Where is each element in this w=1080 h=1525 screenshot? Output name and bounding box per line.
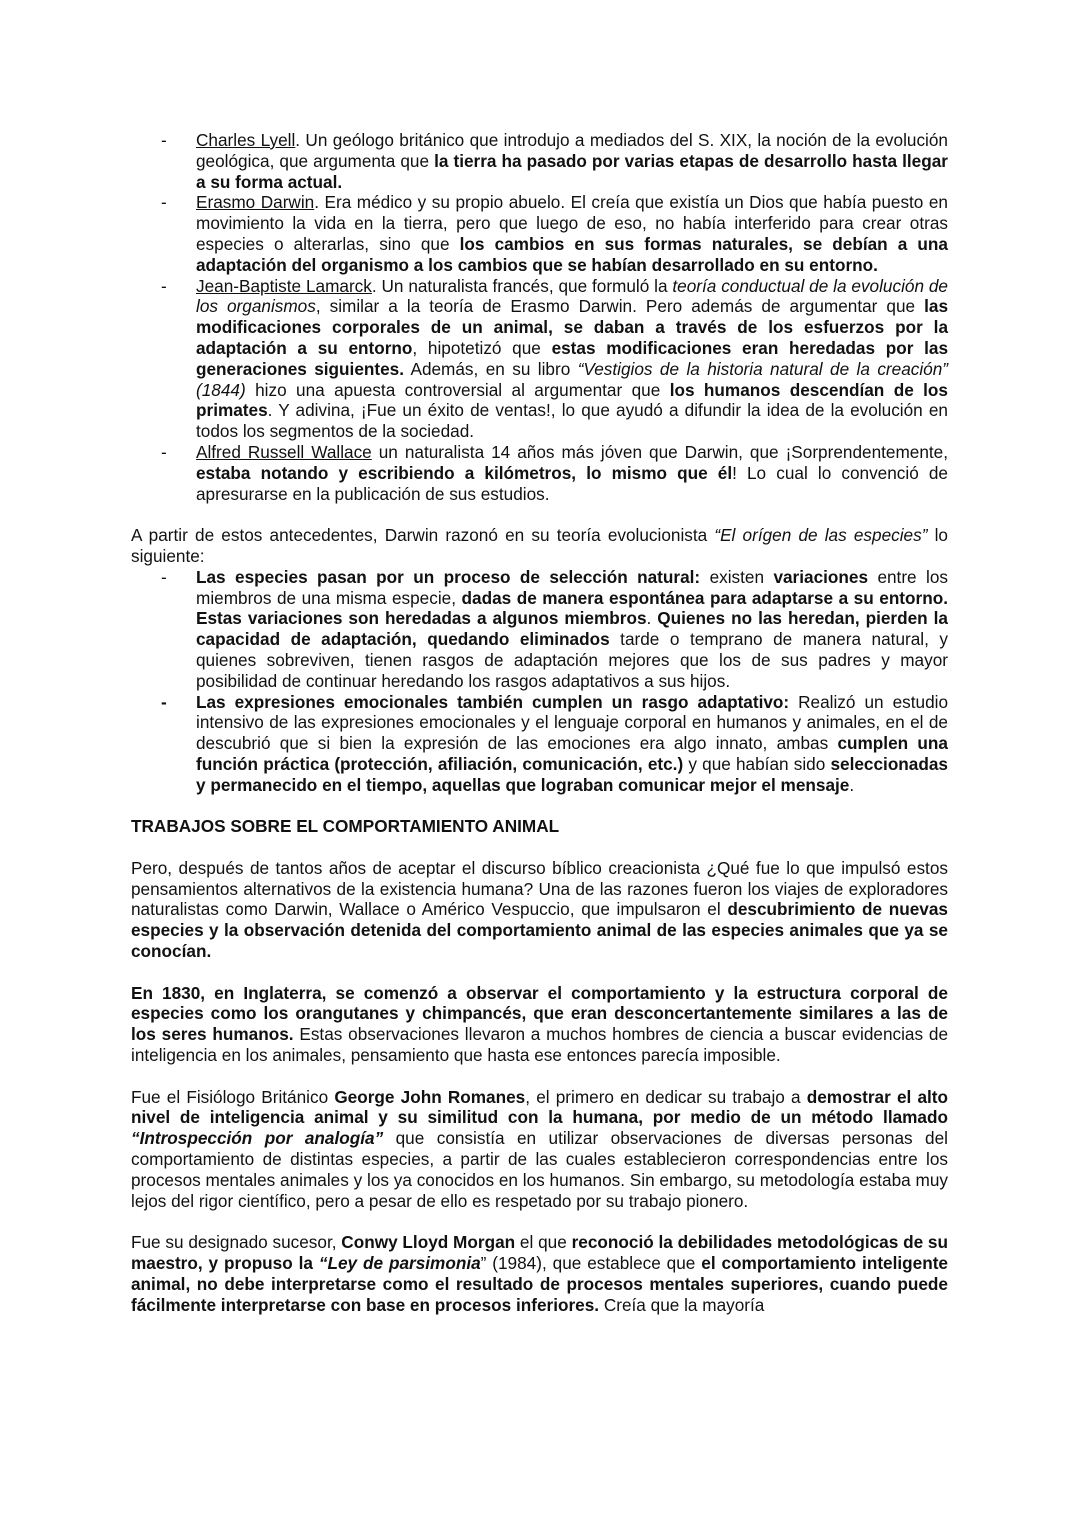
darwin-intro-paragraph: A partir de estos antecedentes, Darwin r… (131, 525, 948, 567)
text: , similar a la teoría de Erasmo Darwin. … (316, 296, 924, 316)
body-paragraph: En 1830, en Inglaterra, se comenzó a obs… (131, 983, 948, 1066)
body-paragraph: Fue su designado sucesor, Conwy Lloyd Mo… (131, 1232, 948, 1315)
antecedent-item: -Charles Lyell. Un geólogo británico que… (131, 130, 948, 192)
emphasis-text: “Ley de parsimonia (319, 1253, 481, 1273)
person-name: Charles Lyell (196, 130, 295, 150)
bold-text: George John Romanes (334, 1087, 525, 1107)
body-paragraph: Pero, después de tantos años de aceptar … (131, 858, 948, 962)
spacer (131, 1066, 948, 1087)
text: , hipotetizó que (412, 338, 551, 358)
darwin-points-list: -Las especies pasan por un proceso de se… (131, 567, 948, 796)
antecedent-item: -Jean-Baptiste Lamarck. Un naturalista f… (131, 276, 948, 442)
dash-bullet-icon: - (161, 276, 167, 297)
body-paragraph: Fue el Fisiólogo Británico George John R… (131, 1087, 948, 1212)
body-paragraphs: Pero, después de tantos años de aceptar … (131, 858, 948, 1316)
text: , el primero en dedicar su trabajo a (525, 1087, 806, 1107)
person-name: Jean-Baptiste Lamarck (196, 276, 372, 296)
text: . (849, 775, 854, 795)
italic-text: “El orígen de las especies” (714, 525, 927, 545)
antecedents-list: -Charles Lyell. Un geólogo británico que… (131, 130, 948, 504)
spacer (131, 504, 948, 525)
text: ” (1984), que establece que (481, 1253, 702, 1273)
bold-text: Las especies pasan por un proceso de sel… (196, 567, 700, 587)
bold-text: variaciones (773, 567, 868, 587)
text: . Un naturalista francés, que formuló la (372, 276, 673, 296)
section-heading: TRABAJOS SOBRE EL COMPORTAMIENTO ANIMAL (131, 816, 948, 837)
document-page: -Charles Lyell. Un geólogo británico que… (131, 130, 948, 1315)
antecedent-item: -Erasmo Darwin. Era médico y su propio a… (131, 192, 948, 275)
text: Creía que la mayoría (599, 1295, 764, 1315)
text: . Y adivina, ¡Fue un éxito de ventas!, l… (196, 400, 948, 441)
spacer (131, 962, 948, 983)
dash-bullet-icon: - (161, 567, 167, 588)
text: Fue su designado sucesor, (131, 1232, 341, 1252)
text: Fue el Fisiólogo Británico (131, 1087, 334, 1107)
dash-bullet-icon: - (161, 692, 167, 713)
darwin-point-item: -Las especies pasan por un proceso de se… (131, 567, 948, 692)
emphasis-text: “Introspección por analogía” (131, 1128, 383, 1148)
darwin-point-item: -Las expresiones emocionales también cum… (131, 692, 948, 796)
spacer (131, 1211, 948, 1232)
antecedent-item: -Alfred Russell Wallace un naturalista 1… (131, 442, 948, 504)
text: un naturalista 14 años más jóven que Dar… (372, 442, 948, 462)
bold-text: Conwy Lloyd Morgan (341, 1232, 515, 1252)
dash-bullet-icon: - (161, 130, 167, 151)
spacer (131, 837, 948, 858)
text: . (647, 608, 658, 628)
text: y que habían sido (683, 754, 830, 774)
text: A partir de estos antecedentes, Darwin r… (131, 525, 714, 545)
text: el que (515, 1232, 571, 1252)
bold-text: Las expresiones emocionales también cump… (196, 692, 789, 712)
text: existen (700, 567, 773, 587)
dash-bullet-icon: - (161, 192, 167, 213)
dash-bullet-icon: - (161, 442, 167, 463)
text: Además, en su libro (404, 359, 578, 379)
person-name: Erasmo Darwin (196, 192, 314, 212)
spacer (131, 796, 948, 817)
person-name: Alfred Russell Wallace (196, 442, 372, 462)
bold-text: estaba notando y escribiendo a kilómetro… (196, 463, 732, 483)
text: hizo una apuesta controversial al argume… (246, 380, 670, 400)
